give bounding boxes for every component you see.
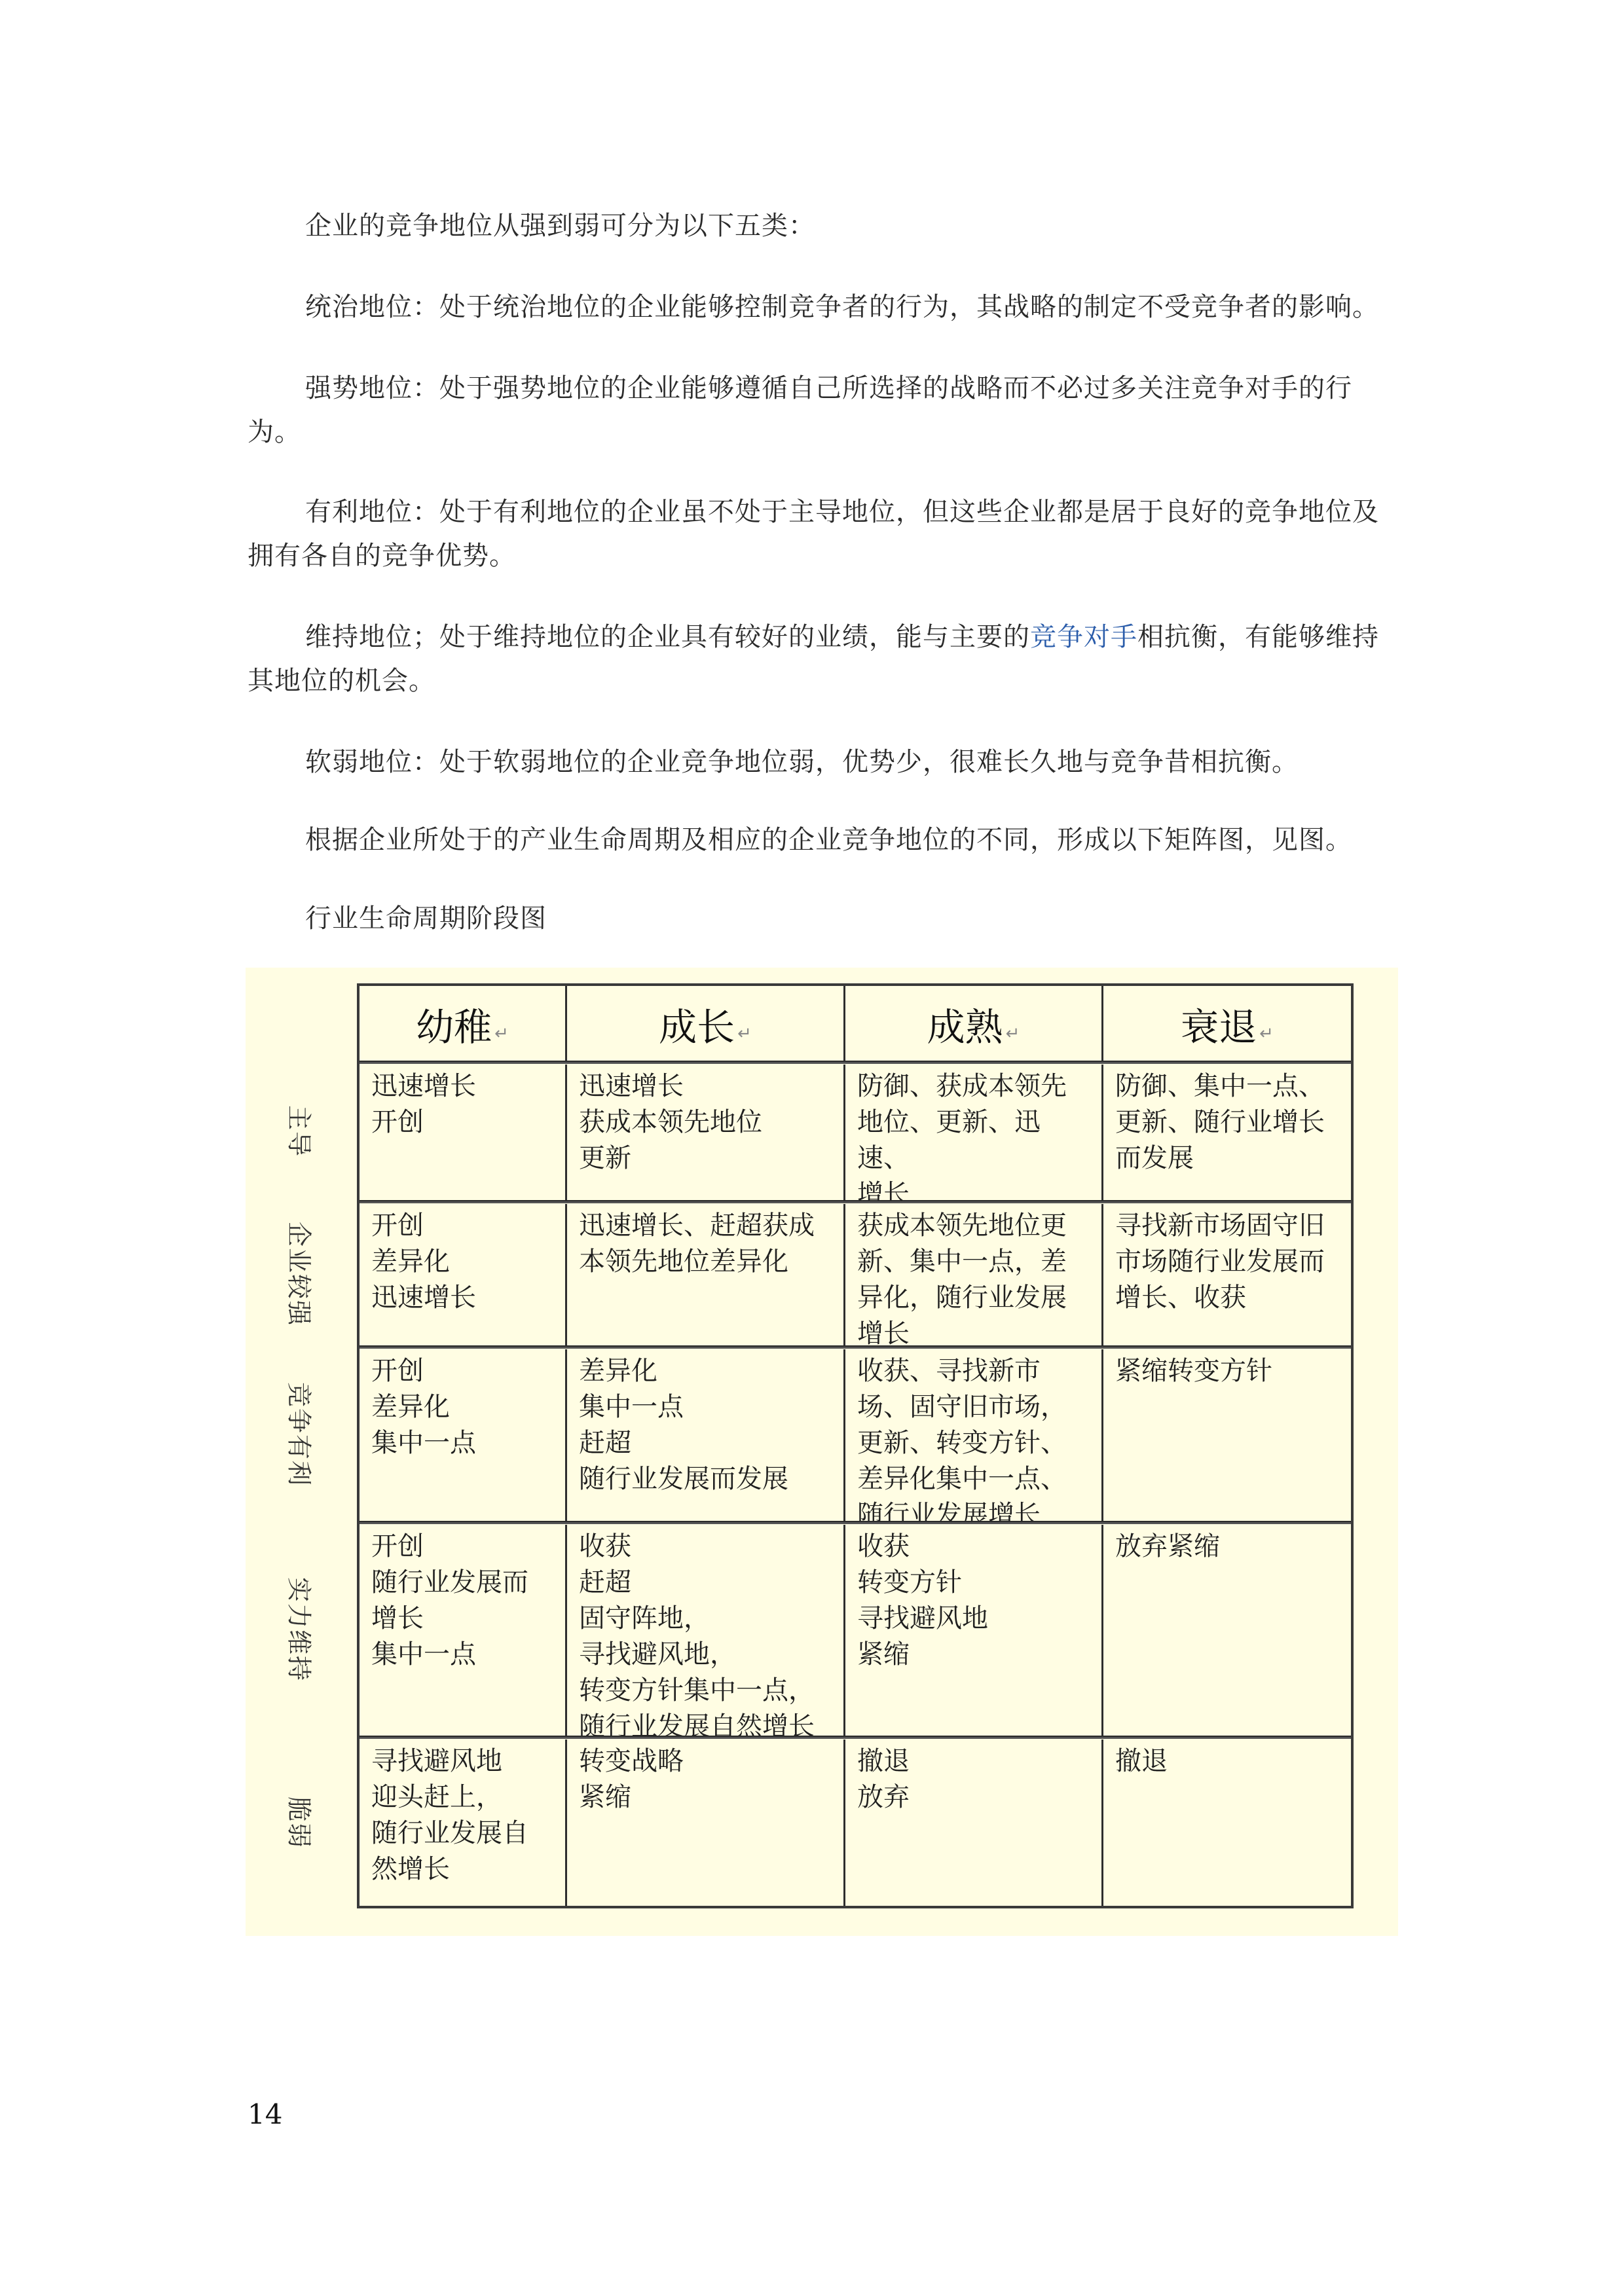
header-text: 成熟	[927, 996, 1003, 1051]
matrix-cell: 开创 差异化 集中一点	[360, 1349, 567, 1522]
matrix-cell: 寻找新市场固守旧 市场随行业发展而 增长、收获	[1103, 1204, 1351, 1347]
matrix-cell: 开创 差异化 迅速增长	[360, 1204, 567, 1347]
paragraph-line: 为。	[248, 417, 301, 447]
row-label-weak: 脆弱	[246, 1737, 357, 1908]
page-number: 14	[248, 2098, 282, 2130]
header-text: 衰退	[1181, 996, 1257, 1051]
competitor-link[interactable]: 竞争对手	[1030, 622, 1137, 652]
row-label-text: 脆弱	[284, 1796, 320, 1849]
row-divider	[360, 1345, 1351, 1349]
paragraph-line: 软弱地位：处于软弱地位的企业竞争地位弱，优势少，很难长久地与竞争昔相抗衡。	[248, 747, 1299, 777]
row-divider	[360, 1521, 1351, 1524]
paragraph-line: 有利地位：处于有利地位的企业虽不处于主导地位，但这些企业都是居于良好的竞争地位及	[248, 497, 1379, 527]
header-maturity: 成熟↵	[845, 986, 1103, 1062]
row-label-text: 竞争有利	[284, 1382, 320, 1487]
paragraph-line: 统治地位：处于统治地位的企业能够控制竞争者的行为，其战略的制定不受竞争者的影响。	[248, 292, 1379, 322]
matrix-cell: 收获 赶超 固守阵地， 寻找避风地， 转变方针集中一点， 随行业发展自然增长	[567, 1525, 845, 1737]
paragraph-line: 强势地位：处于强势地位的企业能够遵循自己所选择的战略而不必过多关注竞争对手的行	[248, 373, 1352, 403]
matrix-table: 幼稚↵ 成长↵ 成熟↵ 衰退↵ 迅速增长 开创 迅速增长 获成本领先地位 更新 …	[357, 983, 1354, 1908]
paragraph-matrix-intro: 根据企业所处于的产业生命周期及相应的企业竞争地位的不同，形成以下矩阵图，见图。	[248, 818, 1390, 862]
header-infancy: 幼稚↵	[360, 986, 567, 1062]
matrix-cell: 迅速增长、赶超获成 本领先地位差异化	[567, 1204, 845, 1347]
return-mark-icon: ↵	[1259, 1024, 1274, 1044]
row-label-text: 主导	[284, 1105, 320, 1157]
matrix-cell: 收获、寻找新市 场、固守旧市场， 更新、转变方针、 差异化集中一点、 随行业发展…	[845, 1349, 1103, 1522]
matrix-cell: 寻找避风地 迎头赶上， 随行业发展自 然增长	[360, 1740, 567, 1906]
row-divider	[360, 1061, 1351, 1064]
header-decline: 衰退↵	[1103, 986, 1351, 1062]
header-growth: 成长↵	[567, 986, 845, 1062]
matrix-cell: 获成本领先地位更 新、集中一点，差 异化，随行业发展 增长	[845, 1204, 1103, 1347]
return-mark-icon: ↵	[494, 1024, 509, 1044]
row-divider	[360, 1200, 1351, 1203]
row-label-text: 企业较强	[284, 1222, 320, 1326]
paragraph-text: 相抗衡，有能够维持	[1137, 622, 1379, 652]
paragraph-weak: 软弱地位：处于软弱地位的企业竞争地位弱，优势少，很难长久地与竞争昔相抗衡。	[248, 740, 1390, 784]
matrix-cell: 防御、获成本领先 地位、更新、迅速、 增长	[845, 1065, 1103, 1201]
header-text: 成长	[659, 996, 735, 1051]
header-text: 幼稚	[416, 996, 492, 1051]
matrix-cell: 撤退	[1103, 1740, 1351, 1906]
matrix-cell: 收获 转变方针 寻找避风地 紧缩	[845, 1525, 1103, 1737]
matrix-cell: 撤退 放弃	[845, 1740, 1103, 1906]
row-label-favorable: 竞争有利	[246, 1347, 357, 1522]
paragraph-strong: 强势地位：处于强势地位的企业能够遵循自己所选择的战略而不必过多关注竞争对手的行为…	[248, 367, 1390, 454]
paragraph-favorable: 有利地位：处于有利地位的企业虽不处于主导地位，但这些企业都是居于良好的竞争地位及…	[248, 490, 1390, 578]
lifecycle-matrix-figure: 主导 企业较强 竞争有利 实力维持 脆弱 幼稚↵ 成长↵ 成熟↵ 衰退↵ 迅速增…	[246, 968, 1398, 1936]
row-label-text: 实力维持	[284, 1577, 320, 1682]
matrix-cell: 迅速增长 开创	[360, 1065, 567, 1201]
paragraph-maintain: 维持地位；处于维持地位的企业具有较好的业绩，能与主要的竞争对手相抗衡，有能够维持…	[248, 615, 1390, 703]
row-divider	[360, 1736, 1351, 1739]
matrix-cell: 转变战略 紧缩	[567, 1740, 845, 1906]
paragraph-line: 企业的竞争地位从强到弱可分为以下五类：	[248, 211, 815, 241]
matrix-cell: 差异化 集中一点 赶超 随行业发展而发展	[567, 1349, 845, 1522]
paragraph-dominant: 统治地位：处于统治地位的企业能够控制竞争者的行为，其战略的制定不受竞争者的影响。	[248, 285, 1390, 329]
figure-caption: 行业生命周期阶段图	[248, 897, 1390, 941]
matrix-cell: 紧缩转变方针	[1103, 1349, 1351, 1522]
row-label-strong: 企业较强	[246, 1201, 357, 1347]
paragraph-text: 维持地位；处于维持地位的企业具有较好的业绩，能与主要的	[248, 622, 1030, 652]
paragraph-intro: 企业的竞争地位从强到弱可分为以下五类：	[248, 204, 1390, 248]
paragraph-line: 根据企业所处于的产业生命周期及相应的企业竞争地位的不同，形成以下矩阵图，见图。	[248, 825, 1352, 855]
matrix-cell: 放弃紧缩	[1103, 1525, 1351, 1737]
return-mark-icon: ↵	[1006, 1024, 1020, 1044]
caption-text: 行业生命周期阶段图	[248, 903, 547, 934]
paragraph-line: 拥有各自的竞争优势。	[248, 541, 516, 571]
matrix-cell: 开创 随行业发展而 增长 集中一点	[360, 1525, 567, 1737]
return-mark-icon: ↵	[737, 1024, 752, 1044]
matrix-cell: 迅速增长 获成本领先地位 更新	[567, 1065, 845, 1201]
row-label-tenable: 实力维持	[246, 1522, 357, 1737]
paragraph-line: 其地位的机会。	[248, 666, 435, 696]
row-label-dominant: 主导	[246, 1062, 357, 1201]
matrix-cell: 防御、集中一点、 更新、随行业增长 而发展	[1103, 1065, 1351, 1201]
